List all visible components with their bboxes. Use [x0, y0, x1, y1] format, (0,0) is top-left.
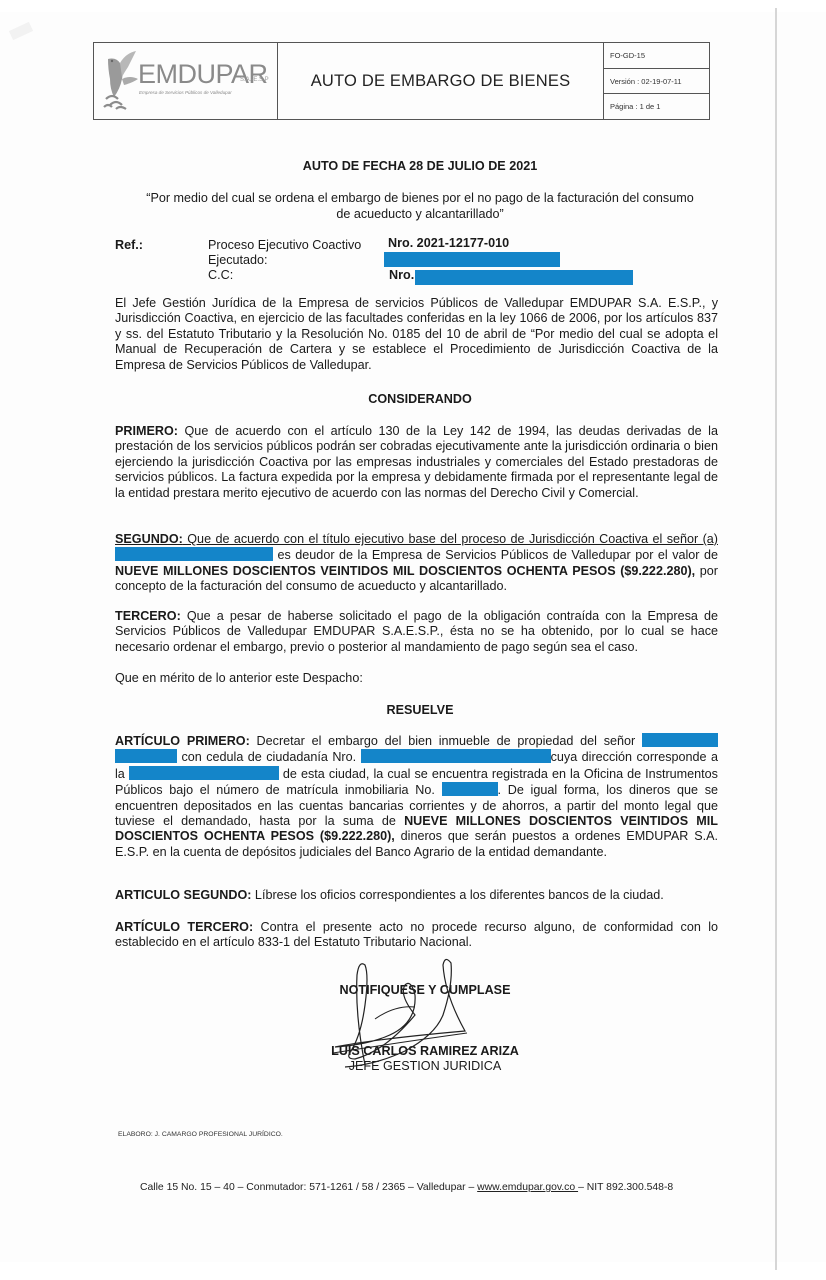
primero-text: Que de acuerdo con el artículo 130 de la… [115, 424, 718, 500]
redacted-debtor-name [115, 547, 273, 561]
primero-paragraph: PRIMERO: Que de acuerdo con el artículo … [115, 424, 718, 501]
page-footer: Calle 15 No. 15 – 40 – Conmutador: 571-1… [140, 1182, 673, 1193]
tercero-text: Que a pesar de haberse solicitado el pag… [115, 609, 718, 654]
logo-tagline: Empresa de Servicios Públicos de Valledu… [139, 90, 232, 95]
redacted-cc-number [415, 270, 633, 285]
ref-label: Ref.: [115, 238, 143, 252]
ref-ejecutado-label: Ejecutado: [208, 253, 268, 267]
form-version: Versión : 02-19-07-11 [604, 69, 709, 95]
redacted-owner-name-b [115, 749, 177, 763]
footer-website-link[interactable]: www.emdupar.gov.co [477, 1182, 578, 1193]
ref-proceso-number: Nro. 2021-12177-010 [388, 236, 509, 250]
segundo-label: SEGUNDO: [115, 532, 183, 546]
intro-paragraph: El Jefe Gestión Jurídica de la Empresa d… [115, 296, 718, 373]
ref-proceso-label: Proceso Ejecutivo Coactivo [208, 238, 361, 252]
considerando-heading: CONSIDERANDO [110, 392, 730, 406]
segundo-text-1: Que de acuerdo con el título ejecutivo b… [183, 532, 718, 546]
primero-label: PRIMERO: [115, 424, 178, 438]
segundo-paragraph: SEGUNDO: Que de acuerdo con el título ej… [115, 532, 718, 595]
art2-text: Líbrese los oficios correspondientes a l… [251, 888, 663, 902]
page-number: Página : 1 de 1 [604, 94, 709, 119]
subtitle-line-1: “Por medio del cual se ordena el embargo… [146, 191, 693, 205]
elaboro-note: ELABORO: J. CAMARGO PROFESIONAL JURÍDICO… [118, 1131, 283, 1138]
articulo-segundo-paragraph: ARTICULO SEGUNDO: Líbrese los oficios co… [115, 888, 718, 903]
art1-text-2: con cedula de ciudadanía Nro. [177, 750, 361, 764]
footer-address: Calle 15 No. 15 – 40 – Conmutador: 571-1… [140, 1182, 477, 1193]
art3-label: ARTÍCULO TERCERO: [115, 920, 253, 934]
document-subtitle: “Por medio del cual se ordena el embargo… [110, 190, 730, 222]
header-meta: FO-GD-15 Versión : 02-19-07-11 Página : … [604, 43, 709, 119]
merito-line: Que en mérito de lo anterior este Despac… [115, 671, 718, 686]
redacted-cedula [361, 749, 551, 763]
logo-wordmark: EMDUPAR [138, 59, 268, 90]
redacted-owner-name-a [642, 733, 718, 747]
ref-cc-prefix: Nro. [389, 268, 414, 282]
footer-nit: – NIT 892.300.548-8 [578, 1182, 673, 1193]
art1-label: ARTÍCULO PRIMERO: [115, 734, 250, 748]
redacted-address [129, 766, 279, 780]
redacted-matricula [442, 782, 498, 796]
tercero-paragraph: TERCERO: Que a pesar de haberse solicita… [115, 609, 718, 655]
document-header: EMDUPAR S.A.-E.S.P Empresa de Servicios … [93, 42, 710, 120]
company-logo: EMDUPAR S.A.-E.S.P Empresa de Servicios … [94, 43, 278, 119]
ref-cc-label: C.C: [208, 268, 233, 282]
document-title: AUTO DE FECHA 28 DE JULIO DE 2021 [110, 159, 730, 173]
resuelve-heading: RESUELVE [110, 703, 730, 717]
redacted-ejecutado-name [384, 252, 560, 267]
form-code: FO-GD-15 [604, 43, 709, 69]
header-doc-title: AUTO DE EMBARGO DE BIENES [278, 43, 604, 119]
logo-suffix: S.A.-E.S.P [240, 77, 269, 83]
segundo-text-2: es deudor de la Empresa de Servicios Púb… [273, 548, 718, 562]
scan-edge-line [775, 8, 777, 1270]
articulo-primero-paragraph: ARTÍCULO PRIMERO: Decretar el embargo de… [115, 733, 718, 860]
art1-text-1: Decretar el embargo del bien inmueble de… [250, 734, 642, 748]
subtitle-line-2: de acueducto y alcantarillado” [336, 207, 503, 221]
tercero-label: TERCERO: [115, 609, 181, 623]
handwritten-signature [315, 955, 515, 1080]
art2-label: ARTICULO SEGUNDO: [115, 888, 251, 902]
segundo-amount: NUEVE MILLONES DOSCIENTOS VEINTIDOS MIL … [115, 564, 695, 578]
articulo-tercero-paragraph: ARTÍCULO TERCERO: Contra el presente act… [115, 920, 718, 951]
